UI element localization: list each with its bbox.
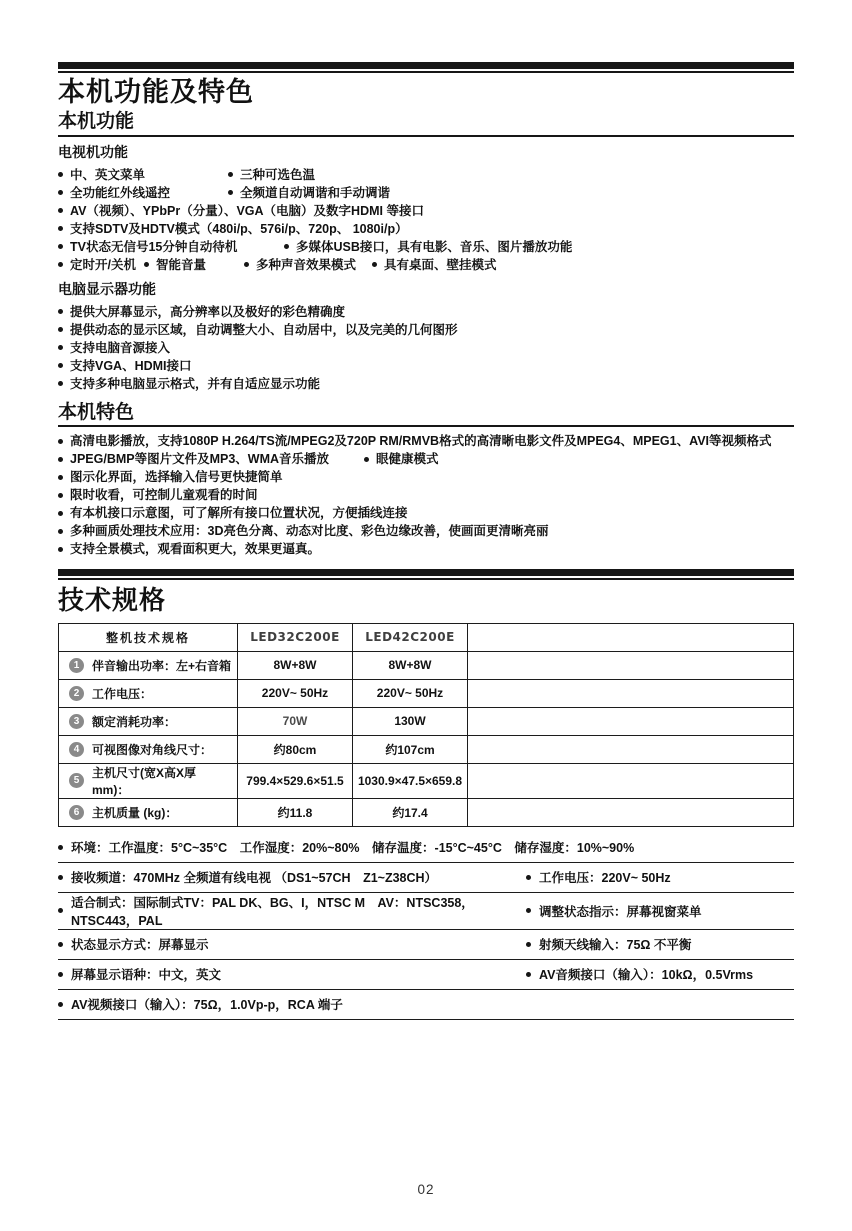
tv-item: 三种可选色温	[228, 166, 315, 184]
features-item: 多种画质处理技术应用：3D亮色分离、动态对比度、彩色边缘改善，使画面更清晰亮丽	[58, 522, 548, 540]
bullet-icon	[526, 908, 531, 913]
row-number-badge: 3	[69, 714, 84, 729]
bullet-icon	[526, 942, 531, 947]
tv-item: 多媒体USB接口，具有电影、音乐、图片播放功能	[284, 238, 572, 256]
bullet-icon	[58, 244, 63, 249]
extra-spec-left-text: 适合制式：国际制式TV：PAL DK、BG、I，NTSC M AV：NTSC35…	[71, 893, 526, 929]
model-name-2: LED42C200E	[353, 623, 468, 651]
bullet-icon	[58, 475, 63, 480]
extra-spec-left: 环境：工作温度：5°C~35°C 工作湿度：20%~80% 储存温度：-15°C…	[58, 838, 794, 856]
tv-item-text: 全功能红外线遥控	[70, 184, 170, 202]
pc-item-text: 支持电脑音源接入	[70, 339, 170, 357]
pc-line: 支持电脑音源接入	[58, 339, 794, 357]
pc-item-text: 支持多种电脑显示格式，并有自适应显示功能	[70, 375, 320, 393]
extra-spec-row: AV视频接口（输入）：75Ω，1.0Vp-p，RCA 端子	[58, 990, 794, 1020]
feature-list: 高清电影播放，支持1080P H.264/TS流/MPEG2及720P RM/R…	[58, 432, 794, 558]
pc-function-list: 提供大屏幕显示，高分辨率以及极好的彩色精确度提供动态的显示区域，自动调整大小、自…	[58, 303, 794, 393]
model-name-1: LED32C200E	[238, 623, 353, 651]
spec-table-header-row: 整机技术规格LED32C200ELED42C200E	[59, 623, 794, 651]
pc-item: 支持VGA、HDMI接口	[58, 357, 192, 375]
spec-table-row: 4可视图像对角线尺寸：约80cm约107cm	[59, 735, 794, 763]
bullet-icon	[58, 511, 63, 516]
row-number-badge: 2	[69, 686, 84, 701]
top-divider	[58, 62, 794, 69]
tv-item-text: 多种声音效果模式	[256, 256, 356, 274]
extra-spec-left: 适合制式：国际制式TV：PAL DK、BG、I，NTSC M AV：NTSC35…	[58, 893, 526, 929]
extra-spec-left: 接收频道：470MHz 全频道有线电视 （DS1~57CH Z1~Z38CH）	[58, 868, 526, 886]
features-item: 图示化界面，选择输入信号更快捷简单	[58, 468, 283, 486]
section-title-specs: 技术规格	[58, 586, 794, 615]
tv-item-text: 智能音量	[156, 256, 206, 274]
tv-item-text: 中、英文菜单	[70, 166, 145, 184]
tv-item-text: AV（视频）、YPbPr（分量）、VGA（电脑）及数字HDMI 等接口	[70, 202, 424, 220]
features-line: 有本机接口示意图，可了解所有接口位置状况，方便插线连接	[58, 504, 794, 522]
tv-line: 全功能红外线遥控全频道自动调谐和手动调谐	[58, 184, 794, 202]
spec-label-cell: 6主机质量 (kg)：	[59, 798, 238, 826]
extra-spec-row: 环境：工作温度：5°C~35°C 工作湿度：20%~80% 储存温度：-15°C…	[58, 833, 794, 863]
spec-value-model2: 8W+8W	[353, 651, 468, 679]
spec-label-text: 工作电压：	[92, 685, 152, 702]
tv-line: 支持SDTV及HDTV模式（480i/p、576i/p、720p、 1080i/…	[58, 220, 794, 238]
extra-spec-right: AV音频接口（输入）：10kΩ，0.5Vrms	[526, 965, 794, 983]
spec-label-text: 额定消耗功率：	[92, 713, 176, 730]
extra-spec-right-text: 工作电压：220V~ 50Hz	[539, 868, 671, 886]
tv-line: TV状态无信号15分钟自动待机多媒体USB接口，具有电影、音乐、图片播放功能	[58, 238, 794, 256]
bullet-icon	[58, 262, 63, 267]
pc-item-text: 提供大屏幕显示，高分辨率以及极好的彩色精确度	[70, 303, 345, 321]
pc-line: 支持多种电脑显示格式，并有自适应显示功能	[58, 375, 794, 393]
features-item: 限时收看，可控制儿童观看的时间	[58, 486, 258, 504]
row-number-badge: 6	[69, 805, 84, 820]
pc-line: 提供动态的显示区域，自动调整大小、自动居中，以及完美的几何图形	[58, 321, 794, 339]
spec-table-row: 5主机尺寸(宽X高X厚mm)：799.4×529.6×51.51030.9×47…	[59, 763, 794, 798]
spec-value-model1: 8W+8W	[238, 651, 353, 679]
bullet-icon	[58, 327, 63, 332]
tv-item: TV状态无信号15分钟自动待机	[58, 238, 284, 256]
bullet-icon	[372, 262, 377, 267]
tv-item: 全功能红外线遥控	[58, 184, 228, 202]
spec-value-model2: 1030.9×47.5×659.8	[353, 763, 468, 798]
extra-spec-row: 适合制式：国际制式TV：PAL DK、BG、I，NTSC M AV：NTSC35…	[58, 893, 794, 930]
spec-label-text: 主机尺寸(宽X高X厚mm)：	[92, 764, 233, 798]
extra-spec-left: AV视频接口（输入）：75Ω，1.0Vp-p，RCA 端子	[58, 995, 794, 1013]
row-number-badge: 5	[69, 773, 84, 788]
bullet-icon	[58, 439, 63, 444]
bullet-icon	[364, 457, 369, 462]
tv-line: 中、英文菜单三种可选色温	[58, 166, 794, 184]
bullet-icon	[58, 972, 63, 977]
spec-table-row: 3额定消耗功率：70W130W	[59, 707, 794, 735]
tv-item-text: 三种可选色温	[240, 166, 315, 184]
extra-spec-right: 工作电压：220V~ 50Hz	[526, 868, 794, 886]
bullet-icon	[58, 363, 63, 368]
features-item: 有本机接口示意图，可了解所有接口位置状况，方便插线连接	[58, 504, 408, 522]
features-line: 限时收看，可控制儿童观看的时间	[58, 486, 794, 504]
tv-item: 多种声音效果模式	[244, 256, 372, 274]
spec-label-text: 可视图像对角线尺寸：	[92, 741, 212, 758]
spec-label-cell: 3额定消耗功率：	[59, 707, 238, 735]
bullet-icon	[58, 190, 63, 195]
tv-function-list: 中、英文菜单三种可选色温全功能红外线遥控全频道自动调谐和手动调谐AV（视频）、Y…	[58, 166, 794, 274]
bullet-icon	[58, 1002, 63, 1007]
bullet-icon	[58, 529, 63, 534]
extra-spec-left: 屏幕显示语种：中文，英文	[58, 965, 526, 983]
spec-empty-cell	[468, 798, 794, 826]
bullet-icon	[58, 226, 63, 231]
spec-table-title: 整机技术规格	[59, 623, 238, 651]
tv-line: 定时开/关机智能音量多种声音效果模式具有桌面、壁挂模式	[58, 256, 794, 274]
spec-empty-cell	[468, 735, 794, 763]
spec-value-model1: 70W	[238, 707, 353, 735]
pc-line: 支持VGA、HDMI接口	[58, 357, 794, 375]
tv-item-text: 支持SDTV及HDTV模式（480i/p、576i/p、720p、 1080i/…	[70, 220, 408, 238]
extra-spec-left-text: 屏幕显示语种：中文，英文	[71, 965, 221, 983]
top-divider-thin	[58, 71, 794, 73]
features-item-text: 图示化界面，选择输入信号更快捷简单	[70, 468, 283, 486]
bullet-icon	[58, 493, 63, 498]
bullet-icon	[58, 908, 63, 913]
spec-value-model1: 约11.8	[238, 798, 353, 826]
manual-page: 本机功能及特色 本机功能 电视机功能 中、英文菜单三种可选色温全功能红外线遥控全…	[0, 0, 852, 1231]
spec-value-model1: 约80cm	[238, 735, 353, 763]
tv-item-text: 多媒体USB接口，具有电影、音乐、图片播放功能	[296, 238, 572, 256]
section-divider	[58, 569, 794, 576]
bullet-icon	[58, 457, 63, 462]
features-item-text: 限时收看，可控制儿童观看的时间	[70, 486, 258, 504]
tv-item-text: TV状态无信号15分钟自动待机	[70, 238, 237, 256]
spec-empty-cell	[468, 679, 794, 707]
bullet-icon	[284, 244, 289, 249]
pc-line: 提供大屏幕显示，高分辨率以及极好的彩色精确度	[58, 303, 794, 321]
features-item-text: 多种画质处理技术应用：3D亮色分离、动态对比度、彩色边缘改善，使画面更清晰亮丽	[70, 522, 548, 540]
bullet-icon	[58, 172, 63, 177]
tv-item-text: 定时开/关机	[70, 256, 136, 274]
bullet-icon	[144, 262, 149, 267]
extra-spec-list: 环境：工作温度：5°C~35°C 工作湿度：20%~80% 储存温度：-15°C…	[58, 833, 794, 1020]
extra-spec-left-text: 接收频道：470MHz 全频道有线电视 （DS1~57CH Z1~Z38CH）	[71, 868, 437, 886]
tv-item: 支持SDTV及HDTV模式（480i/p、576i/p、720p、 1080i/…	[58, 220, 408, 238]
subsection-pc-functions: 电脑显示器功能	[58, 279, 794, 299]
features-item: 支持全景模式，观看面积更大，效果更逼真。	[58, 540, 320, 558]
extra-spec-left-text: AV视频接口（输入）：75Ω，1.0Vp-p，RCA 端子	[71, 995, 343, 1013]
spec-value-model2: 约17.4	[353, 798, 468, 826]
extra-spec-right: 调整状态指示：屏幕视窗菜单	[526, 902, 794, 920]
spec-table-row: 6主机质量 (kg)：约11.8约17.4	[59, 798, 794, 826]
spec-empty-cell	[468, 707, 794, 735]
pc-item-text: 提供动态的显示区域，自动调整大小、自动居中，以及完美的几何图形	[70, 321, 458, 339]
tv-item-text: 具有桌面、壁挂模式	[384, 256, 497, 274]
section-title-features: 本机特色	[58, 402, 794, 428]
extra-spec-left-text: 环境：工作温度：5°C~35°C 工作湿度：20%~80% 储存温度：-15°C…	[71, 838, 634, 856]
extra-spec-row: 状态显示方式：屏幕显示射频天线输入：75Ω 不平衡	[58, 930, 794, 960]
features-line: 高清电影播放，支持1080P H.264/TS流/MPEG2及720P RM/R…	[58, 432, 794, 450]
spec-empty-cell	[468, 651, 794, 679]
features-item-text: JPEG/BMP等图片文件及MP3、WMA音乐播放	[70, 450, 329, 468]
bullet-icon	[244, 262, 249, 267]
spec-label-cell: 2工作电压：	[59, 679, 238, 707]
features-item-text: 有本机接口示意图，可了解所有接口位置状况，方便插线连接	[70, 504, 408, 522]
page-number: 02	[0, 1182, 852, 1197]
extra-spec-right-text: 射频天线输入：75Ω 不平衡	[539, 935, 691, 953]
extra-spec-right-text: 调整状态指示：屏幕视窗菜单	[539, 902, 702, 920]
pc-item: 支持电脑音源接入	[58, 339, 170, 357]
bullet-icon	[58, 875, 63, 880]
bullet-icon	[58, 309, 63, 314]
section-title-functions: 本机功能	[58, 111, 794, 137]
pc-item-text: 支持VGA、HDMI接口	[70, 357, 192, 375]
pc-item: 提供大屏幕显示，高分辨率以及极好的彩色精确度	[58, 303, 345, 321]
spec-table: 整机技术规格LED32C200ELED42C200E1伴音输出功率：左+右音箱8…	[58, 623, 794, 827]
section-divider-thin	[58, 578, 794, 580]
spec-label-text: 伴音输出功率：左+右音箱	[92, 657, 231, 674]
spec-value-model1: 220V~ 50Hz	[238, 679, 353, 707]
features-item: 眼健康模式	[364, 450, 439, 468]
tv-item: AV（视频）、YPbPr（分量）、VGA（电脑）及数字HDMI 等接口	[58, 202, 424, 220]
features-item: JPEG/BMP等图片文件及MP3、WMA音乐播放	[58, 450, 364, 468]
features-line: 多种画质处理技术应用：3D亮色分离、动态对比度、彩色边缘改善，使画面更清晰亮丽	[58, 522, 794, 540]
spec-empty-cell	[468, 763, 794, 798]
spec-value-model2: 130W	[353, 707, 468, 735]
extra-spec-left: 状态显示方式：屏幕显示	[58, 935, 526, 953]
row-number-badge: 1	[69, 658, 84, 673]
tv-line: AV（视频）、YPbPr（分量）、VGA（电脑）及数字HDMI 等接口	[58, 202, 794, 220]
bullet-icon	[58, 381, 63, 386]
bullet-icon	[58, 208, 63, 213]
tv-item: 全频道自动调谐和手动调谐	[228, 184, 390, 202]
pc-item: 提供动态的显示区域，自动调整大小、自动居中，以及完美的几何图形	[58, 321, 458, 339]
bullet-icon	[58, 845, 63, 850]
subsection-tv-functions: 电视机功能	[58, 142, 794, 162]
features-item-text: 眼健康模式	[376, 450, 439, 468]
bullet-icon	[526, 875, 531, 880]
spec-value-model1: 799.4×529.6×51.5	[238, 763, 353, 798]
features-item-text: 支持全景模式，观看面积更大，效果更逼真。	[70, 540, 320, 558]
extra-spec-left-text: 状态显示方式：屏幕显示	[71, 935, 209, 953]
features-line: 支持全景模式，观看面积更大，效果更逼真。	[58, 540, 794, 558]
bullet-icon	[228, 190, 233, 195]
extra-spec-row: 屏幕显示语种：中文，英文AV音频接口（输入）：10kΩ，0.5Vrms	[58, 960, 794, 990]
bullet-icon	[58, 547, 63, 552]
spec-label-cell: 4可视图像对角线尺寸：	[59, 735, 238, 763]
bullet-icon	[58, 345, 63, 350]
spec-value-model2: 220V~ 50Hz	[353, 679, 468, 707]
spec-value-model2: 约107cm	[353, 735, 468, 763]
features-line: JPEG/BMP等图片文件及MP3、WMA音乐播放眼健康模式	[58, 450, 794, 468]
bullet-icon	[58, 942, 63, 947]
tv-item: 中、英文菜单	[58, 166, 228, 184]
extra-spec-right: 射频天线输入：75Ω 不平衡	[526, 935, 794, 953]
bullet-icon	[228, 172, 233, 177]
spec-label-text: 主机质量 (kg)：	[92, 804, 177, 821]
spec-table-empty-header	[468, 623, 794, 651]
features-item-text: 高清电影播放，支持1080P H.264/TS流/MPEG2及720P RM/R…	[70, 432, 772, 450]
spec-table-row: 2工作电压：220V~ 50Hz220V~ 50Hz	[59, 679, 794, 707]
page-title: 本机功能及特色	[58, 78, 794, 108]
row-number-badge: 4	[69, 742, 84, 757]
tv-item-text: 全频道自动调谐和手动调谐	[240, 184, 390, 202]
extra-spec-right-text: AV音频接口（输入）：10kΩ，0.5Vrms	[539, 965, 753, 983]
features-line: 图示化界面，选择输入信号更快捷简单	[58, 468, 794, 486]
tv-item: 智能音量	[144, 256, 244, 274]
extra-spec-row: 接收频道：470MHz 全频道有线电视 （DS1~57CH Z1~Z38CH）工…	[58, 863, 794, 893]
spec-label-cell: 1伴音输出功率：左+右音箱	[59, 651, 238, 679]
spec-table-row: 1伴音输出功率：左+右音箱8W+8W8W+8W	[59, 651, 794, 679]
features-item: 高清电影播放，支持1080P H.264/TS流/MPEG2及720P RM/R…	[58, 432, 772, 450]
tv-item: 具有桌面、壁挂模式	[372, 256, 497, 274]
tv-item: 定时开/关机	[58, 256, 144, 274]
bullet-icon	[526, 972, 531, 977]
pc-item: 支持多种电脑显示格式，并有自适应显示功能	[58, 375, 320, 393]
spec-label-cell: 5主机尺寸(宽X高X厚mm)：	[59, 763, 238, 798]
